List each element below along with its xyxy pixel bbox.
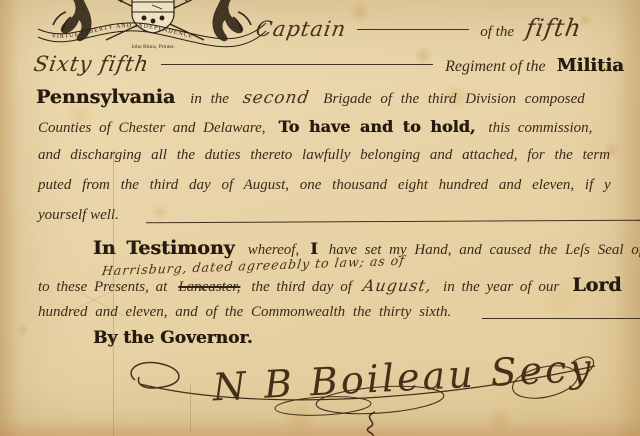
brigade-fill: second bbox=[241, 88, 311, 108]
counties-text: Counties of Chester and Delaware, bbox=[38, 120, 266, 136]
struck-place: Lancaster, bbox=[178, 279, 240, 295]
whereof-label: whereof, bbox=[248, 242, 300, 258]
secretary-signature-block: N B Boileau Secy bbox=[125, 338, 630, 436]
militia-word: Militia bbox=[557, 55, 624, 76]
ordinal-fill: fifth bbox=[524, 14, 584, 42]
descender-squiggle bbox=[367, 412, 375, 436]
line-computed: puted from the third day of August, one … bbox=[38, 177, 611, 194]
yourself-well: yourself well. bbox=[38, 207, 119, 224]
rank-fill: Captain bbox=[254, 17, 348, 41]
insertion-caret: ^ bbox=[197, 287, 208, 298]
year-phrase: in the year of our bbox=[443, 279, 559, 295]
of-the-label: of the bbox=[480, 24, 514, 40]
printer-credit: John Binns, Printer. bbox=[131, 44, 175, 50]
regiment-of-the-label: Regiment of the bbox=[445, 58, 545, 75]
in-testimony-words: In Testimony bbox=[93, 237, 235, 259]
in-the-label: in the bbox=[190, 91, 229, 107]
line-duties: and discharging all the duties thereto l… bbox=[38, 147, 610, 164]
brigade-rest: Brigade of the third Division composed bbox=[323, 91, 585, 107]
line-presents: to these Presents, at Lancaster, the thi… bbox=[38, 274, 622, 296]
state-word: Pennsylvania bbox=[36, 86, 175, 108]
fill-rule bbox=[161, 64, 433, 67]
august-fill: August, bbox=[361, 276, 433, 295]
fill-rule bbox=[357, 29, 469, 32]
coat-of-arms-engraving: VIRTUE LIBERTY AND INDEPENDENCE John Bin… bbox=[36, 0, 268, 52]
horse-supporter-right bbox=[212, 0, 251, 41]
blank-rule bbox=[482, 318, 640, 319]
to-have-and-hold: To have and to hold, bbox=[279, 117, 476, 136]
line-rank: Captain of the fifth bbox=[256, 14, 582, 42]
line-counties: Counties of Chester and Delaware, To hav… bbox=[38, 117, 592, 137]
regiment-fill: Sixty fifth bbox=[32, 52, 151, 76]
this-commission: this commission, bbox=[488, 120, 592, 136]
presents-start: to these Presents, at bbox=[38, 279, 167, 295]
commission-document: VIRTUE LIBERTY AND INDEPENDENCE John Bin… bbox=[0, 0, 640, 436]
fold-crease-vertical bbox=[113, 150, 114, 436]
blank-rule bbox=[146, 220, 640, 224]
lord-word: Lord bbox=[572, 274, 621, 296]
date-mid: the third day of bbox=[251, 279, 352, 295]
scratch-mark bbox=[190, 384, 191, 432]
line-brigade: Pennsylvania in the second Brigade of th… bbox=[36, 86, 585, 108]
line-commonwealth: hundred and eleven, and of the Commonwea… bbox=[38, 304, 451, 321]
secretary-signature: N B Boileau Secy bbox=[211, 346, 595, 410]
line-regiment: Sixty fifth Regiment of the Militia bbox=[34, 52, 624, 76]
